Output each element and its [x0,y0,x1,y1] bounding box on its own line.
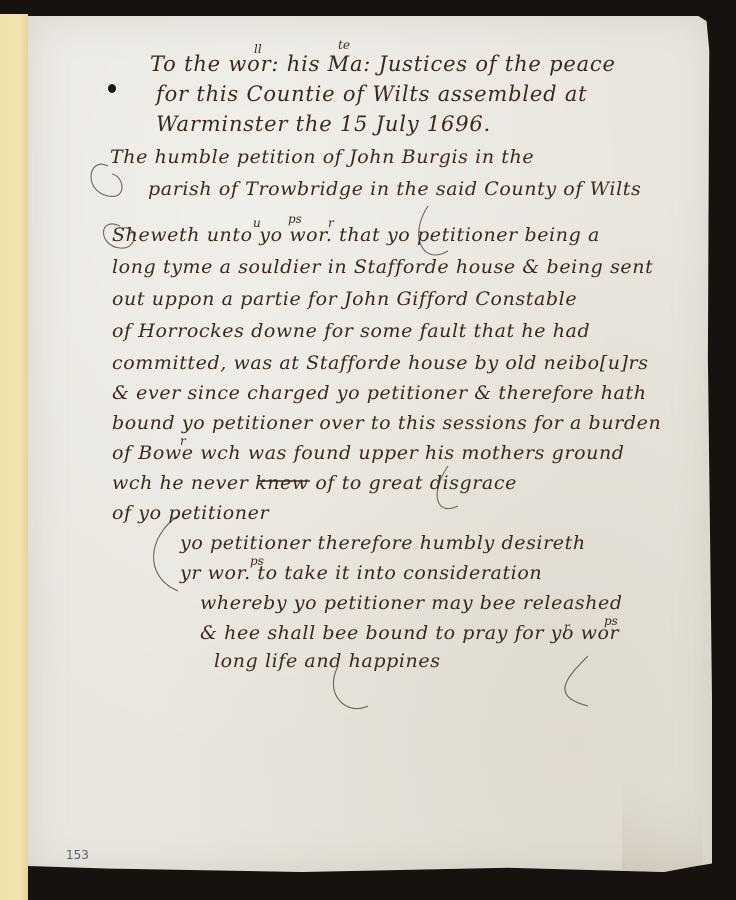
header-superscript-2: te [338,38,350,52]
header-superscript-1: ll [254,42,262,56]
body-line-2: parish of Trowbridge in the said County … [148,178,641,200]
body-line-10: of Bowe wch was found upper his mothers … [112,442,625,464]
body-line-6: of Horrockes downe for some fault that h… [112,320,590,342]
manuscript-page: To the wor: his Ma: Justices of the peac… [28,16,712,872]
header-line-3: Warminster the 15 July 1696. [156,112,491,136]
prayer-line-2: yr wor. to take it into consideration [180,562,542,584]
body-line-7: committed, was at Stafforde house by old… [112,352,649,374]
body-line-3: Sheweth unto yo wor. that yo petitioner … [112,224,600,246]
prayer-line-1: yo petitioner therefore humbly desireth [180,532,586,554]
prayer-line-4: & hee shall bee bound to pray for yo wor [200,622,619,644]
prayer-line-3: whereby yo petitioner may bee releashed [200,592,623,614]
body-line-11: wch he never knew of to great disgrace [112,472,517,494]
body-line-12: of yo petitioner [112,502,269,524]
body-line-5: out uppon a partie for John Gifford Cons… [112,288,577,310]
body-line-1: The humble petition of John Burgis in th… [110,146,534,168]
header-line-2: for this Countie of Wilts assembled at [156,82,587,106]
ink-blot [108,84,116,93]
mount-strip [0,14,28,900]
prayer-line-5: long life and happines [214,650,441,672]
folio-number: 153 [66,848,89,862]
body-line-9: bound yo petitioner over to this session… [112,412,661,434]
document-viewer: To the wor: his Ma: Justices of the peac… [0,0,736,900]
body-line-8: & ever since charged yo petitioner & the… [112,382,647,404]
body-line-4: long tyme a souldier in Stafforde house … [112,256,653,278]
header-line-1: To the wor: his Ma: Justices of the peac… [150,52,616,76]
